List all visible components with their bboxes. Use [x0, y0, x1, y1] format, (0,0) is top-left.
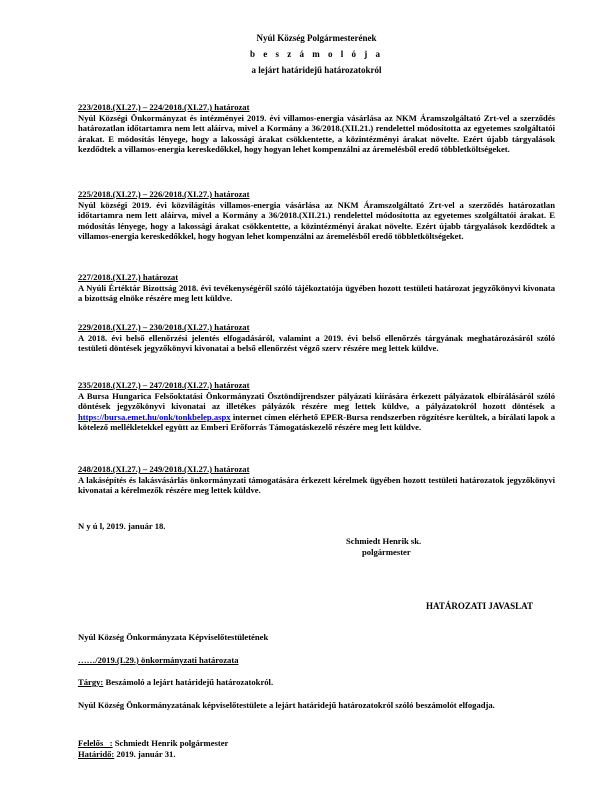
section-227: 227/2018.(XI.27.) határozat A Nyúli Érté… — [78, 272, 555, 304]
deadline-line: Határidő: 2019. január 31. — [78, 749, 175, 760]
section-225-226: 225/2018.(XI.27.) – 226/2018.(XI.27.) ha… — [78, 189, 555, 242]
body-text-before-link: A Bursa Hungarica Felsőoktatási Önkormán… — [78, 391, 555, 412]
title-line-1: Nyúl Község Polgármesterének — [78, 30, 555, 46]
resolution-number: ……/2019.(I.29.) önkormányzati határozata — [78, 655, 239, 666]
place-date: N y ú l, 2019. január 18. — [78, 521, 165, 532]
proposal-subject: Tárgy: Beszámoló a lejárt határidejű hat… — [78, 677, 273, 688]
proposal-heading: HATÁROZATI JAVASLAT — [426, 601, 533, 612]
section-body: Nyúl községi 2019. évi közvilágítás vill… — [78, 200, 555, 242]
section-223-224: 223/2018.(XI.27.) – 224/2018.(XI.27.) ha… — [78, 102, 555, 155]
section-heading: 235/2018.(XI.27.) – 247/2018.(XI.27.) ha… — [78, 380, 555, 391]
proposal-addressee: Nyúl Község Önkormányzata Képviselőtestü… — [78, 632, 268, 643]
responsible-value: Schmiedt Henrik polgármester — [113, 738, 229, 748]
section-heading: 223/2018.(XI.27.) – 224/2018.(XI.27.) ha… — [78, 102, 555, 113]
section-229-230: 229/2018.(XI.27.) – 230/2018.(XI.27.) ha… — [78, 322, 555, 354]
section-body: A Bursa Hungarica Felsőoktatási Önkormán… — [78, 391, 555, 433]
title-line-2: b e s z á m o l ó j a — [78, 46, 555, 62]
section-body: A Nyúli Értéktár Bizottság 2018. évi tev… — [78, 283, 555, 304]
section-heading: 225/2018.(XI.27.) – 226/2018.(XI.27.) ha… — [78, 189, 555, 200]
subject-label: Tárgy: — [78, 677, 103, 687]
section-body: A 2018. évi belső ellenőrzési jelentés e… — [78, 333, 555, 354]
section-body: A lakásépítés és lakásvásárlás önkormány… — [78, 475, 555, 496]
section-heading: 227/2018.(XI.27.) határozat — [78, 272, 555, 283]
section-248-249: 248/2018.(XI.27.) – 249/2018.(XI.27.) ha… — [78, 464, 555, 496]
signature-name: Schmiedt Henrik sk. — [346, 536, 421, 547]
section-heading: 248/2018.(XI.27.) – 249/2018.(XI.27.) ha… — [78, 464, 555, 475]
section-heading: 229/2018.(XI.27.) – 230/2018.(XI.27.) ha… — [78, 322, 555, 333]
signature-title: polgármester — [362, 547, 411, 558]
title-line-3: a lejárt határidejű határozatokról — [78, 62, 555, 78]
responsible-line: Felelős : Schmiedt Henrik polgármester — [78, 738, 228, 749]
section-235-247: 235/2018.(XI.27.) – 247/2018.(XI.27.) ha… — [78, 380, 555, 433]
responsible-label: Felelős : — [78, 738, 113, 748]
document-title: Nyúl Község Polgármesterének b e s z á m… — [78, 30, 555, 78]
deadline-value: 2019. január 31. — [114, 749, 175, 759]
section-body: Nyúl Községi Önkormányzat és intézményei… — [78, 113, 555, 155]
subject-text: Beszámoló a lejárt határidejű határozato… — [103, 677, 273, 687]
bursa-link[interactable]: https://bursa.emet.hu/onk/tonkbelep.aspx — [78, 412, 231, 422]
proposal-decision: Nyúl Község Önkormányzatának képviselőte… — [78, 700, 555, 711]
deadline-label: Határidő: — [78, 749, 114, 759]
